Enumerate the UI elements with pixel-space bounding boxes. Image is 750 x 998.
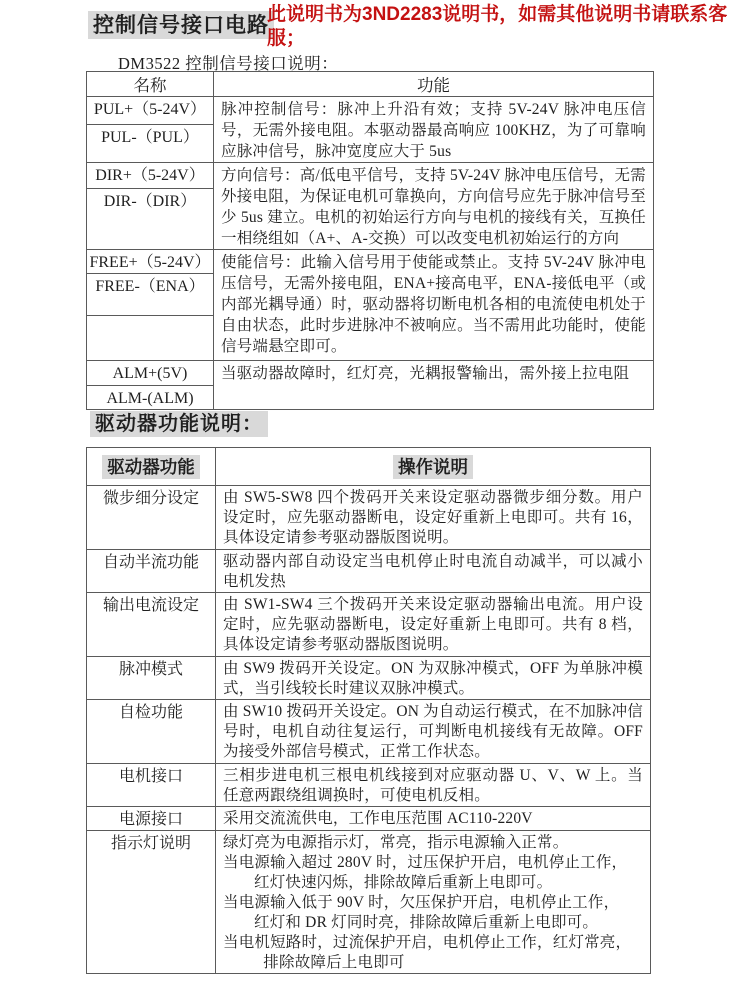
signal-interface-table: 名称 功能 PUL+（5-24V） 脉冲控制信号：脉冲上升沿有效；支持 5V-2… [86,71,654,410]
pin-desc-dir: 方向信号：高/低电平信号，支持 5V-24V 脉冲电压信号，无需外接电阻，为保证… [214,163,654,250]
func-desc-half-current: 驱动器内部自动设定当电机停止时电流自动减半，可以减小电机发热 [216,550,651,593]
pin-desc-pul: 脉冲控制信号：脉冲上升沿有效；支持 5V-24V 脉冲电压信号，无需外接电阻。本… [214,97,654,163]
header-driver-function-text: 驱动器功能 [102,455,200,479]
table-header-row: 驱动器功能 操作说明 [87,448,651,486]
func-desc-indicator-led: 绿灯亮为电源指示灯，常亮，指示电源输入正常。 当电源输入超过 280V 时，过压… [216,831,651,974]
page-title-text: 控制信号接口电路 [88,11,274,39]
driver-function-table: 驱动器功能 操作说明 微步细分设定 由 SW5-SW8 四个拨码开关来设定驱动器… [86,447,651,974]
pin-label-pul-minus: PUL-（PUL） [87,125,214,163]
table-row: 微步细分设定 由 SW5-SW8 四个拨码开关来设定驱动器微步细分数。用户设定时… [87,486,651,550]
pin-label-pul-plus: PUL+（5-24V） [87,97,214,125]
table-row: 指示灯说明 绿灯亮为电源指示灯，常亮，指示电源输入正常。 当电源输入超过 280… [87,831,651,974]
func-desc-pulse-mode: 由 SW9 拨码开关设定。ON 为双脉冲模式，OFF 为单脉冲模式，当引线较长时… [216,657,651,700]
model-notice-text: 此说明书为3ND2283说明书，如需其他说明书请联系客服； [267,3,745,51]
table-row: 脉冲模式 由 SW9 拨码开关设定。ON 为双脉冲模式，OFF 为单脉冲模式，当… [87,657,651,700]
pin-label-alm-minus: ALM-(ALM) [87,386,214,410]
func-desc-motor-port: 三相步进电机三根电机线接到对应驱动器 U、V、W 上。当任意两跟绕组调换时，可使… [216,764,651,807]
header-name: 名称 [87,72,214,97]
led-desc-line: 当电源输入超过 280V 时，过压保护开启，电机停止工作， [223,853,643,873]
func-label-microstep: 微步细分设定 [87,486,216,550]
func-desc-power-port: 采用交流流供电，工作电压范围 AC110-220V [216,807,651,831]
func-label-power-port: 电源接口 [87,807,216,831]
table-row: PUL+（5-24V） 脉冲控制信号：脉冲上升沿有效；支持 5V-24V 脉冲电… [87,97,654,125]
func-label-output-current: 输出电流设定 [87,593,216,657]
func-label-half-current: 自动半流功能 [87,550,216,593]
pin-desc-free: 使能信号：此输入信号用于使能或禁止。支持 5V-24V 脉冲电压信号，无需外接电… [214,250,654,361]
led-desc-line: 排除故障后上电即可 [223,953,643,973]
header-operation-text: 操作说明 [393,455,473,479]
pin-label-free-minus: FREE-（ENA） [87,274,214,316]
table-row: 输出电流设定 由 SW1-SW4 三个拨码开关来设定驱动器输出电流。用户设定时，… [87,593,651,657]
header-operation: 操作说明 [216,448,651,486]
pin-label-alm-plus: ALM+(5V) [87,361,214,386]
func-label-motor-port: 电机接口 [87,764,216,807]
header-function: 功能 [214,72,654,97]
func-label-indicator-led: 指示灯说明 [87,831,216,974]
func-label-pulse-mode: 脉冲模式 [87,657,216,700]
led-desc-line: 当电机短路时，过流保护开启，电机停止工作，红灯常亮， [223,933,643,953]
func-label-self-test: 自检功能 [87,700,216,764]
pin-desc-alm: 当驱动器故障时，红灯亮，光耦报警输出，需外接上拉电阻 [214,361,654,410]
header-driver-function: 驱动器功能 [87,448,216,486]
table-row: 电源接口 采用交流流供电，工作电压范围 AC110-220V [87,807,651,831]
led-desc-line: 绿灯亮为电源指示灯，常亮，指示电源输入正常。 [223,833,643,853]
func-desc-output-current: 由 SW1-SW4 三个拨码开关来设定驱动器输出电流。用户设定时，应先驱动器断电… [216,593,651,657]
func-desc-microstep: 由 SW5-SW8 四个拨码开关来设定驱动器微步细分数。用户设定时，应先驱动器断… [216,486,651,550]
table-row: ALM+(5V) 当驱动器故障时，红灯亮，光耦报警输出，需外接上拉电阻 [87,361,654,386]
section-title-driver-functions: 驱动器功能说明： [90,407,268,436]
table-row: FREE+（5-24V） 使能信号：此输入信号用于使能或禁止。支持 5V-24V… [87,250,654,274]
pin-label-free-plus: FREE+（5-24V） [87,250,214,274]
table-header-row: 名称 功能 [87,72,654,97]
pin-label-empty [87,316,214,361]
led-desc-line: 当电源输入低于 90V 时，欠压保护开启，电机停止工作， [223,893,643,913]
manual-page: 控制信号接口电路 此说明书为3ND2283说明书，如需其他说明书请联系客服； D… [0,0,750,998]
table-row: 电机接口 三相步进电机三根电机线接到对应驱动器 U、V、W 上。当任意两跟绕组调… [87,764,651,807]
table-row: 自检功能 由 SW10 拨码开关设定。ON 为自动运行模式，在不加脉冲信号时，电… [87,700,651,764]
pin-label-dir-plus: DIR+（5-24V） [87,163,214,189]
page-title: 控制信号接口电路 [88,9,274,39]
led-desc-line: 红灯快速闪烁，排除故障后重新上电即可。 [223,873,643,893]
func-desc-self-test: 由 SW10 拨码开关设定。ON 为自动运行模式，在不加脉冲信号时，电机自动往复… [216,700,651,764]
led-desc-line: 红灯和 DR 灯同时亮，排除故障后重新上电即可。 [223,913,643,933]
section-title-text: 驱动器功能说明： [90,411,268,437]
pin-label-dir-minus: DIR-（DIR） [87,189,214,250]
table-row: 自动半流功能 驱动器内部自动设定当电机停止时电流自动减半，可以减小电机发热 [87,550,651,593]
table-row: DIR+（5-24V） 方向信号：高/低电平信号，支持 5V-24V 脉冲电压信… [87,163,654,189]
